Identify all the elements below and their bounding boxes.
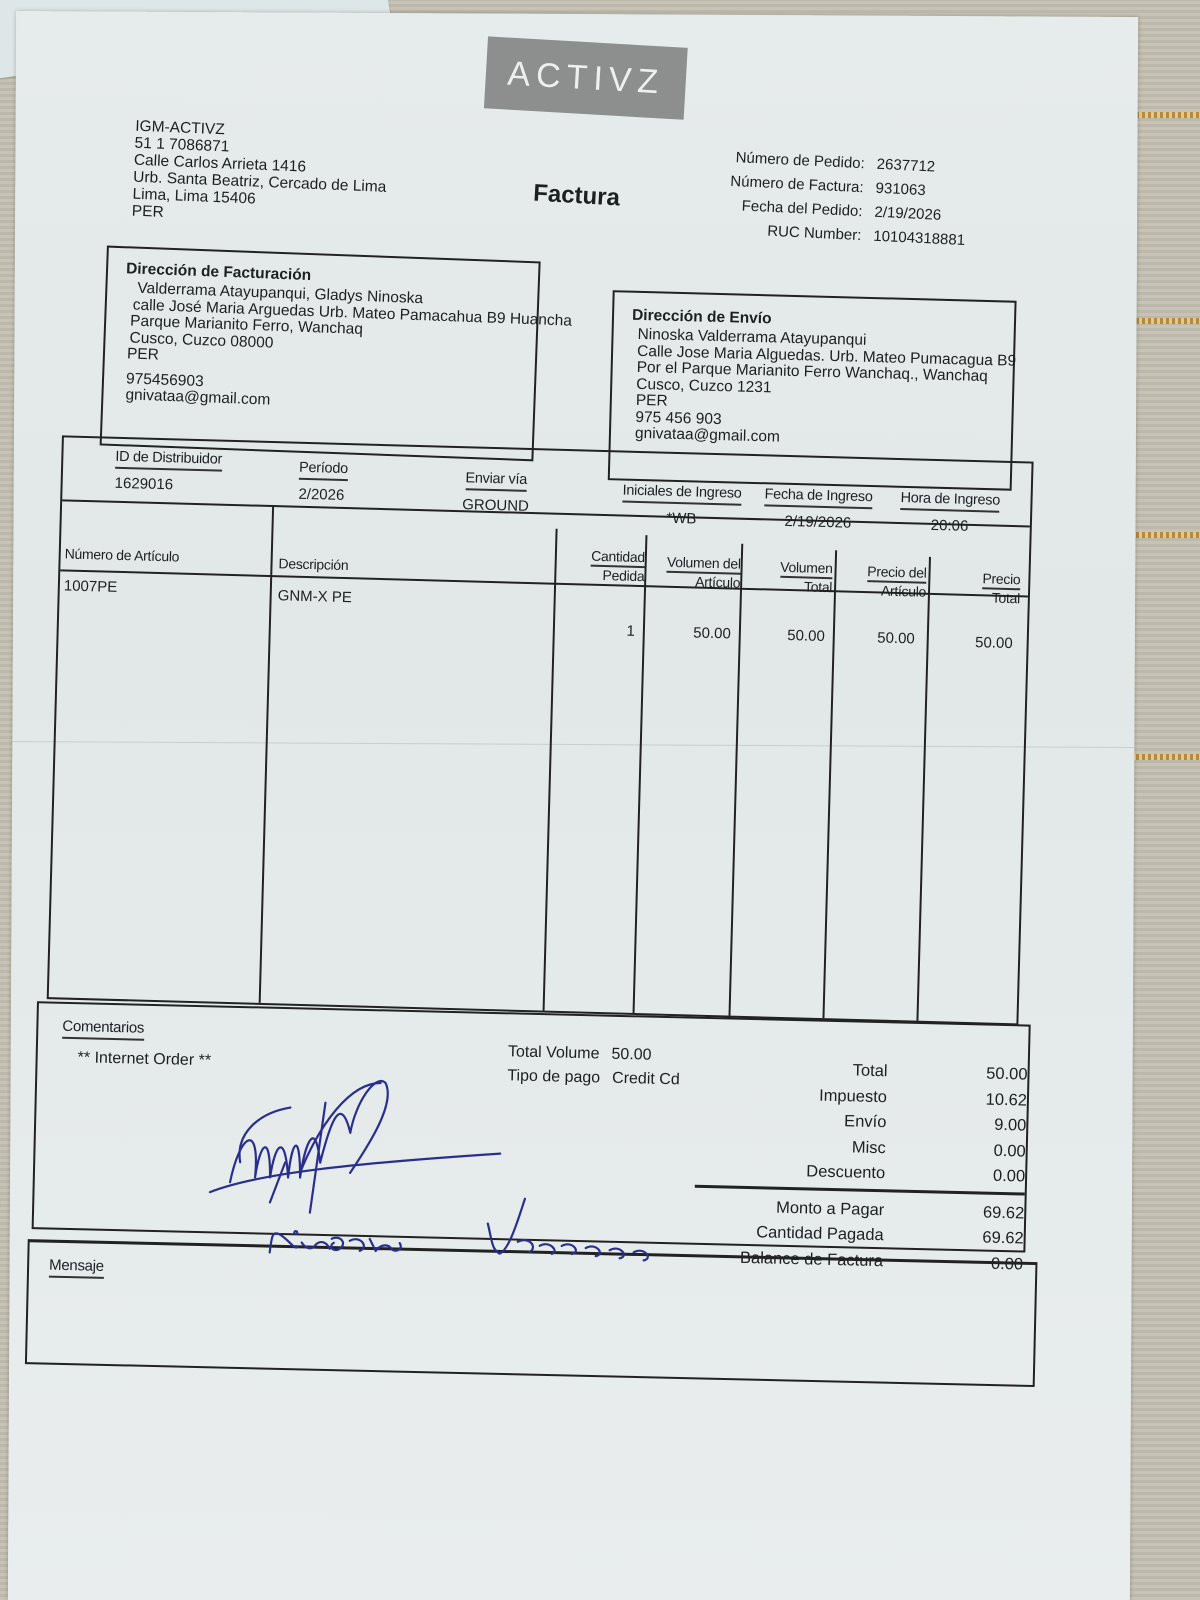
- col-label: Total: [992, 590, 1021, 607]
- discount-label: Descuento: [695, 1157, 966, 1189]
- comments-label: Comentarios: [62, 1018, 144, 1041]
- item-number: 1007PE: [64, 577, 118, 595]
- col-item-number: Número de Artículo: [65, 545, 180, 564]
- cloth-stripe: [1130, 318, 1200, 324]
- shipping-value: 9.00: [966, 1112, 1027, 1139]
- col-label: Artículo: [881, 583, 926, 600]
- field-label: ID de Distribuidor: [115, 449, 222, 472]
- invoice-number: 931063: [875, 177, 926, 203]
- grid-column-line: [259, 505, 274, 1003]
- amount-due: 69.62: [964, 1200, 1025, 1227]
- grid-column-line: [633, 535, 648, 1013]
- field-label: Iniciales de Ingreso: [622, 483, 741, 506]
- col-label: Volumen del: [667, 554, 741, 575]
- totals-table: Total50.00 Impuesto10.62 Envío9.00 Misc0…: [693, 1055, 1028, 1278]
- billing-lines: Valderrama Atayupanqui, Gladys Ninoska c…: [103, 280, 537, 419]
- period: 2/2026: [298, 486, 347, 504]
- item-qty: 1: [555, 621, 635, 640]
- activz-logo: ACTIVZ: [484, 36, 688, 119]
- col-label: Volumen: [780, 559, 833, 579]
- shipping-lines: Ninoska Valderrama Atayupanqui Calle Jos…: [611, 326, 1014, 452]
- ship-via-field: Enviar vía GROUND: [462, 470, 530, 515]
- total-value: 50.00: [967, 1061, 1028, 1088]
- grid-column-line: [543, 529, 558, 1011]
- billing-address-box: Dirección de Facturación Valderrama Atay…: [100, 246, 541, 462]
- col-label: Artículo: [695, 574, 740, 591]
- document-title: Factura: [532, 180, 620, 213]
- comments-text: ** Internet Order **: [77, 1049, 211, 1070]
- period-field: Período 2/2026: [298, 460, 348, 504]
- col-label: Total: [804, 578, 833, 595]
- col-description: Descripción: [278, 555, 348, 573]
- misc-value: 0.00: [965, 1138, 1026, 1165]
- handwritten-signature: [200, 1062, 721, 1275]
- invoice-sheet: ACTIVZ IGM-ACTIVZ 51 1 7086871 Calle Car…: [8, 11, 1138, 1600]
- discount-value: 0.00: [965, 1163, 1026, 1190]
- order-number: 2637712: [876, 153, 935, 180]
- grid-column-line: [822, 550, 837, 1018]
- grid-column-line: [728, 544, 743, 1016]
- item-unit-price: 50.00: [835, 628, 915, 647]
- col-label: Precio del: [867, 563, 927, 584]
- amount-paid: 69.62: [963, 1225, 1024, 1252]
- col-unit-price: Precio delArtículo: [836, 562, 927, 599]
- field-label: Período: [299, 460, 348, 481]
- comments-block: Comentarios ** Internet Order **: [61, 1018, 212, 1071]
- cloth-stripe: [1130, 754, 1200, 760]
- field-label: Hora de Ingreso: [900, 490, 1000, 513]
- total-volume-label: Total Volume: [508, 1040, 600, 1066]
- field-label: Fecha de Ingreso: [764, 486, 873, 509]
- ruc-number: 10104318881: [873, 225, 966, 253]
- col-total-volume: VolumenTotal: [742, 558, 833, 595]
- col-item-volume: Volumen delArtículo: [646, 553, 741, 591]
- col-label: Pedida: [602, 567, 644, 584]
- entry-time-field: Hora de Ingreso 20:06: [900, 490, 1001, 536]
- order-date: 2/19/2026: [874, 201, 942, 228]
- col-qty: CantidadPedida: [556, 547, 645, 584]
- order-info: Número de Pedido:2637712 Número de Factu…: [701, 145, 969, 253]
- col-label: Precio: [982, 570, 1020, 590]
- item-description: GNM-X PE: [277, 587, 352, 606]
- grid-column-line: [916, 557, 931, 1021]
- item-total-volume: 50.00: [741, 626, 825, 645]
- item-volume: 50.00: [645, 623, 731, 642]
- cloth-stripe: [1130, 112, 1200, 118]
- entry-date-field: Fecha de Ingreso 2/19/2026: [764, 486, 873, 532]
- distributor-id: 1629016: [114, 475, 221, 495]
- cloth-stripe: [1130, 532, 1200, 538]
- message-label: Mensaje: [49, 1257, 104, 1279]
- field-label: Enviar vía: [465, 470, 527, 492]
- col-total-price: PrecioTotal: [930, 569, 1021, 606]
- distributor-id-field: ID de Distribuidor 1629016: [114, 449, 222, 495]
- col-label: Cantidad: [591, 548, 645, 568]
- tax-value: 10.62: [967, 1087, 1028, 1114]
- company-address: IGM-ACTIVZ 51 1 7086871 Calle Carlos Arr…: [132, 118, 389, 230]
- item-total-price: 50.00: [928, 633, 1012, 652]
- items-grid: ID de Distribuidor 1629016 Período 2/202…: [47, 435, 1034, 1025]
- entry-initials-field: Iniciales de Ingreso *WB: [622, 483, 742, 529]
